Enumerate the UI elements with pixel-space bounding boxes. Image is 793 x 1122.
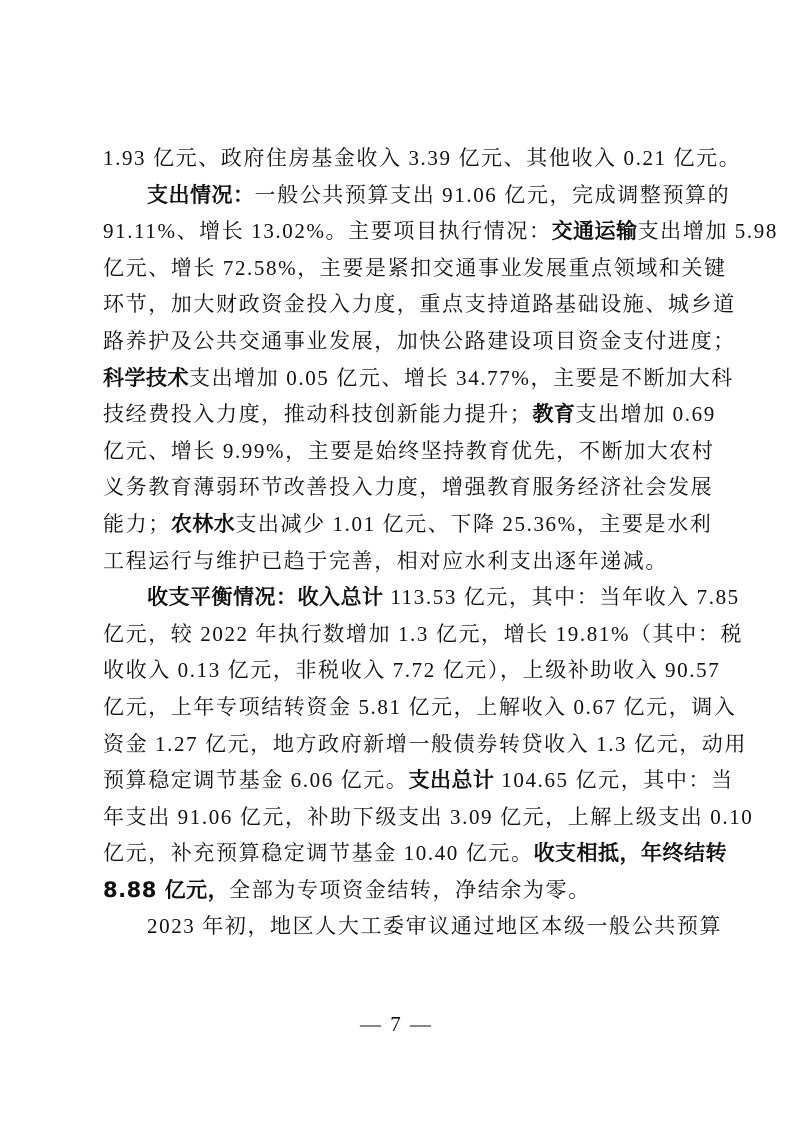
text-line-21: 8.88 亿元，全部为专项资金结转，净结余为零。 [103, 872, 691, 909]
text-line-10: 义务教育薄弱环节改善投入力度，增强教育服务经济社会发展 [103, 469, 691, 506]
document-body: 1.93 亿元、政府住房基金收入 3.39 亿元、其他收入 0.21 亿元。 支… [103, 140, 691, 945]
text-line-20: 亿元，补充预算稳定调节基金 10.40 亿元。收支相抵，年终结转 [103, 835, 691, 872]
text-line-12: 工程运行与维护已趋于完善，相对应水利支出逐年递减。 [103, 543, 691, 580]
text-line-18: 预算稳定调节基金 6.06 亿元。支出总计 104.65 亿元，其中：当 [103, 762, 691, 799]
text-line-19: 年支出 91.06 亿元，补助下级支出 3.09 亿元，上解上级支出 0.10 [103, 799, 691, 836]
heading-expenditure: 支出情况： [147, 183, 255, 207]
paragraph-budget-2023-line-1: 2023 年初，地区人大工委审议通过地区本级一般公共预算 [103, 908, 691, 945]
text-line-5: 环节，加大财政资金投入力度，重点支持道路基础设施、城乡道 [103, 286, 691, 323]
text-line-16: 亿元，上年专项结转资金 5.81 亿元，上解收入 0.67 亿元，调入 [103, 689, 691, 726]
text-line-14: 亿元，较 2022 年执行数增加 1.3 亿元，增长 19.81%（其中：税 [103, 616, 691, 653]
text-line-1: 1.93 亿元、政府住房基金收入 3.39 亿元、其他收入 0.21 亿元。 [103, 140, 691, 177]
term-transport: 交通运输 [552, 219, 638, 243]
term-year-end-carryover: 收支相抵，年终结转 [534, 841, 728, 865]
paragraph-expenditure-line-1: 支出情况：一般公共预算支出 91.06 亿元，完成调整预算的 [103, 177, 691, 214]
heading-balance: 收支平衡情况：收入总计 [147, 585, 384, 609]
text-line-9: 亿元、增长 9.99%，主要是始终坚持教育优先，不断加大农村 [103, 433, 691, 470]
text-line-7: 科学技术支出增加 0.05 亿元、增长 34.77%，主要是不断加大科 [103, 360, 691, 397]
paragraph-balance-line-1: 收支平衡情况：收入总计 113.53 亿元，其中：当年收入 7.85 [103, 579, 691, 616]
page-number: — 7 — [0, 1012, 793, 1037]
carryover-amount: 8.88 亿元， [103, 878, 229, 902]
text-line-8: 技经费投入力度，推动科技创新能力提升；教育支出增加 0.69 [103, 396, 691, 433]
term-science-tech: 科学技术 [103, 366, 189, 390]
text-line-17: 资金 1.27 亿元，地方政府新增一般债券转贷收入 1.3 亿元，动用 [103, 726, 691, 763]
text-line-11: 能力；农林水支出减少 1.01 亿元、下降 25.36%，主要是水利 [103, 506, 691, 543]
term-total-expenditure: 支出总计 [408, 768, 494, 792]
text-line-3: 91.11%、增长 13.02%。主要项目执行情况：交通运输支出增加 5.98 [103, 213, 691, 250]
text-line-6: 路养护及公共交通事业发展，加快公路建设项目资金支付进度； [103, 323, 691, 360]
term-agriculture-forestry-water: 农林水 [171, 512, 236, 536]
text-line-15: 收收入 0.13 亿元，非税收入 7.72 亿元），上级补助收入 90.57 [103, 652, 691, 689]
text-line-4: 亿元、增长 72.58%，主要是紧扣交通事业发展重点领域和关键 [103, 250, 691, 287]
term-education: 教育 [532, 402, 575, 426]
